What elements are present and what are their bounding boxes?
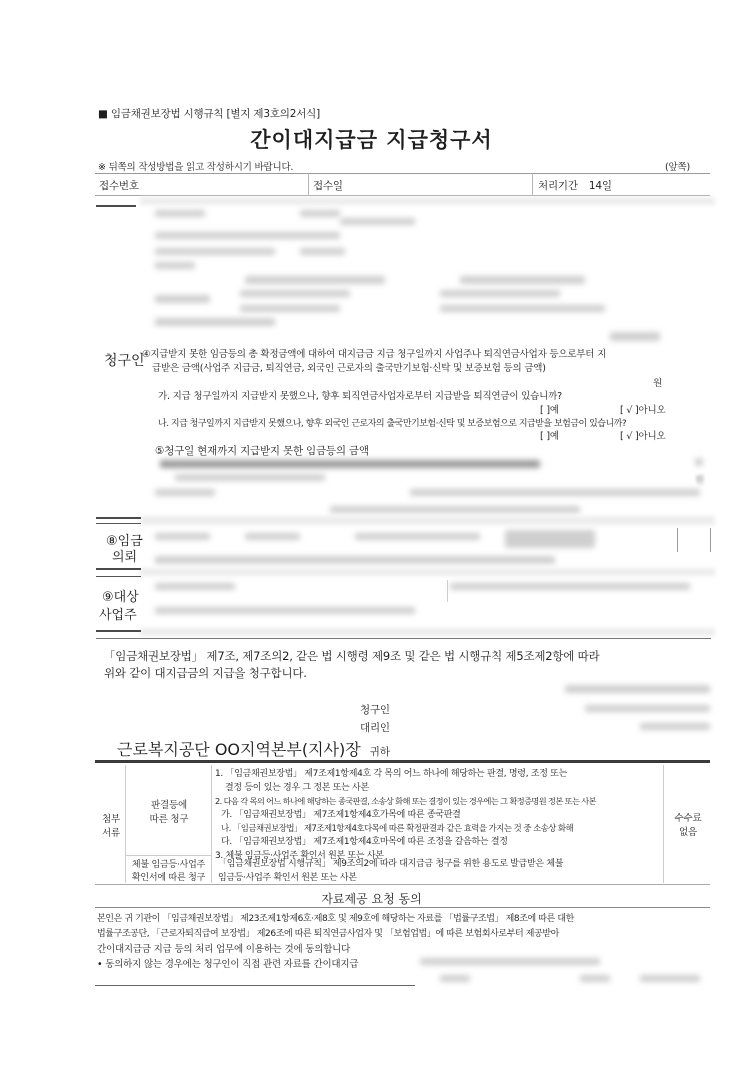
category-line2: 따른 청구 <box>128 811 210 825</box>
addressee-suffix: 귀하 <box>370 746 390 758</box>
declaration-agent-label: 대리인 <box>360 720 390 735</box>
attachment-category-judgment: 판결등에 따른 청구 <box>128 797 210 825</box>
section-rule <box>96 517 141 519</box>
consent-line2: 법률구조공단, 「근로자퇴직급여 보장법」 제26조에 따른 퇴직연금사업자 및… <box>97 926 559 939</box>
section-rule <box>96 205 136 207</box>
fee-label: 수수료 <box>668 810 708 824</box>
redacted-date <box>565 685 710 693</box>
attachment-item: 가. 「임금채권보장법」 제7조제1항제4호가목에 따른 종국판결 <box>215 809 663 823</box>
divider <box>532 173 533 195</box>
item4-text-line2: 급받은 금액(사업주 지급금, 퇴직연금, 외국인 근로자의 출국만기보험·신탁… <box>152 360 546 374</box>
category-line1: 판결등에 <box>128 797 210 811</box>
regulation-reference: ■ 임금채권보장법 시행규칙 [별지 제3호의2서식] <box>98 106 320 121</box>
consent-line1: 본인은 귀 기관이 「임금채권보장법」 제23조제1항제6호·제8호 및 제9호… <box>97 911 574 924</box>
claimant-section-label: 청구인 <box>104 350 145 370</box>
divider <box>95 985 415 986</box>
section-rule <box>96 576 141 577</box>
item5-unit: 원 <box>695 472 704 486</box>
attachment-item: 1. 「임금채권보장법」 제7조제1항제4호 각 목의 어느 하나에 해당하는 … <box>215 768 663 782</box>
shaded-band <box>140 628 715 636</box>
item4-text-line1: ④지급받지 못한 임금등의 총 확정금액에 대하여 대지급금 지급 청구일까지 … <box>142 346 606 360</box>
addressee: 근로복지공단 OO지역본부(지사)장 귀하 <box>117 737 390 760</box>
attachment-category-confirmation: 체불 임금등·사업주 확인서에 따른 청구 <box>126 857 211 883</box>
fee-info: 수수료 없음 <box>668 810 708 838</box>
shaded-band <box>140 516 715 525</box>
divider <box>211 765 212 883</box>
redacted-agent-signature <box>640 723 710 730</box>
divider <box>95 173 710 174</box>
instruction-text: ※ 뒤쪽의 작성방법을 읽고 작성하시기 바랍니다. <box>98 159 293 173</box>
shaded-band <box>140 568 715 576</box>
divider <box>308 173 309 195</box>
employer-section-label-line1: ⑨대상 <box>102 586 139 605</box>
question-na-no-checkbox[interactable]: [ √ ]아니오 <box>620 428 665 442</box>
category-line2: 확인서에 따른 청구 <box>126 870 211 883</box>
section-rule <box>96 630 141 632</box>
attachment-item: 나. 「임금채권보장법」 제7조제1항제4호다목에 따른 확정판결과 같은 효력… <box>215 822 663 836</box>
section-rule <box>96 568 141 570</box>
consent-title: 자료제공 요청 동의 <box>0 890 743 907</box>
consent-note: • 동의하지 않는 경우에는 청구인이 직접 관련 자료를 간이대지급 <box>97 956 358 970</box>
divider <box>95 907 710 908</box>
divider <box>125 855 211 856</box>
divider <box>677 528 678 552</box>
page-side-label: (앞쪽) <box>665 159 690 173</box>
question-na-yes-checkbox[interactable]: [ ]예 <box>540 428 559 442</box>
divider <box>663 765 664 883</box>
question-ga-yes-checkbox[interactable]: [ ]예 <box>540 402 559 416</box>
category-line1: 체불 임금등·사업주 <box>126 857 211 870</box>
attachments-header: 첨부 서류 <box>99 811 123 839</box>
declaration-line1: 「임금채권보장법」 제7조, 제7조의2, 같은 법 시행령 제9조 및 같은 … <box>104 648 600 664</box>
declaration-claimant-label: 청구인 <box>360 702 390 717</box>
fee-value: 없음 <box>668 824 708 838</box>
consent-line3: 간이대지급금 지급 등의 처리 업무에 이용하는 것에 동의합니다 <box>97 941 350 955</box>
processing-period-value: 14일 <box>589 180 612 192</box>
attachment-item: 「임금채권보장법 시행규칙」 제9조의2에 따라 대지급금 청구를 위한 용도로… <box>218 858 663 872</box>
divider <box>95 760 710 763</box>
item4-unit: 원 <box>653 375 662 389</box>
divider <box>710 528 711 552</box>
employer-section-label-line2: 사업주 <box>99 604 137 623</box>
processing-period: 처리기간 14일 <box>538 178 612 193</box>
receipt-date-label: 접수일 <box>313 178 343 193</box>
attachments-header-line1: 첨부 <box>99 811 123 825</box>
divider <box>95 195 710 196</box>
attachment-item: 결정 등이 있는 경우 그 정본 또는 사본 <box>215 782 663 796</box>
declaration-line2: 위와 같이 대지급금의 지급을 청구합니다. <box>104 665 307 681</box>
divider <box>95 884 710 885</box>
item5-text: ⑤청구일 현재까지 지급받지 못한 임금등의 금액 <box>155 443 369 458</box>
section-rule <box>96 523 141 524</box>
shaded-band <box>140 197 715 205</box>
divider <box>96 638 711 639</box>
attachment-items-judgment: 1. 「임금채권보장법」 제7조제1항제4호 각 목의 어느 하나에 해당하는 … <box>215 768 663 863</box>
addressee-name: 근로복지공단 OO지역본부(지사)장 <box>117 740 361 759</box>
attachment-items-confirmation: 「임금채권보장법 시행규칙」 제9조의2에 따라 대지급금 청구를 위한 용도로… <box>218 858 663 885</box>
attachment-item: 2. 다음 각 목의 어느 하나에 해당하는 종국판결, 소송상 화해 또는 결… <box>215 795 663 809</box>
processing-period-label: 처리기간 <box>538 180 578 192</box>
question-ga-no-checkbox[interactable]: [ √ ]아니오 <box>620 402 665 416</box>
receipt-number-label: 접수번호 <box>99 178 139 193</box>
question-ga: 가. 지급 청구일까지 지급받지 못했으나, 향후 퇴직연금사업자로부터 지급받… <box>158 388 562 402</box>
redacted-claimant-signature <box>585 705 710 712</box>
attorney-section-label-line2: 의뢰 <box>112 546 137 565</box>
attachment-item: 다. 「임금채권보장법」 제7조제1항제4호마목에 따른 조정을 갈음하는 결정 <box>215 836 663 850</box>
attachments-header-line2: 서류 <box>99 825 123 839</box>
form-title: 간이대지급금 지급청구서 <box>0 124 743 154</box>
divider <box>447 580 448 602</box>
